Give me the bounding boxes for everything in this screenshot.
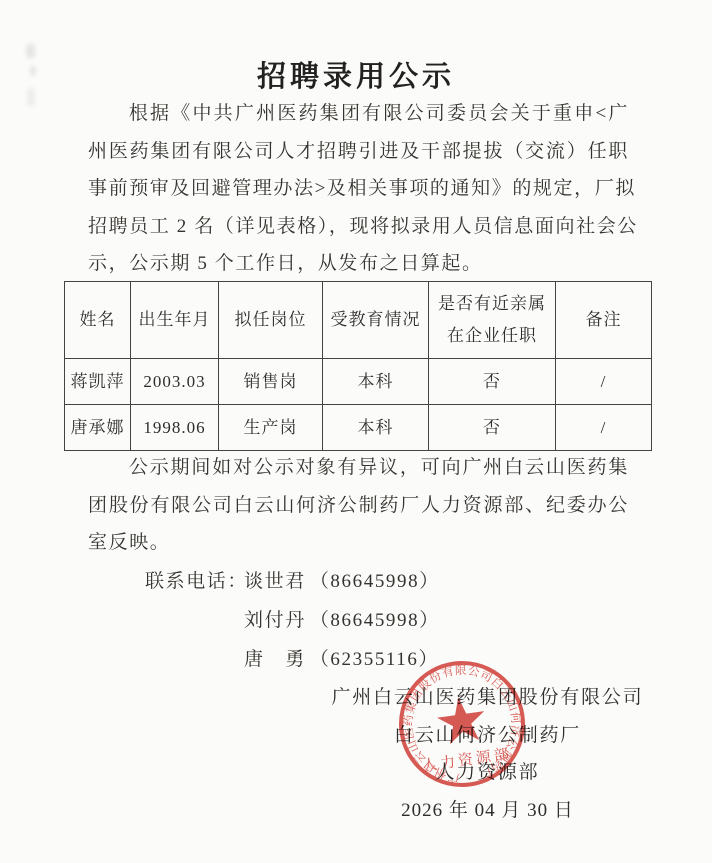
cell-birth: 1998.06	[131, 405, 219, 451]
paragraph-line: 招聘员工 2 名（详见表格），现将拟录用人员信息面向社会公	[88, 208, 629, 246]
paragraph-line: 室反映。	[88, 524, 629, 562]
intro-paragraph: 根据《中共广州医药集团有限公司委员会关于重申<广 州医药集团有限公司人才招聘引进…	[88, 95, 629, 283]
objection-paragraph: 公示期间如对公示对象有异议，可向广州白云山医药集 团股份有限公司白云山何济公制药…	[88, 449, 629, 562]
paragraph-line: 根据《中共广州医药集团有限公司委员会关于重申<广	[88, 95, 629, 133]
paragraph-line: 示，公示期 5 个工作日，从发布之日算起。	[88, 245, 629, 283]
paragraph-line: 州医药集团有限公司人才招聘引进及干部提拔（交流）任职	[88, 133, 629, 171]
paragraph-line: 公示期间如对公示对象有异议，可向广州白云山医药集	[88, 449, 629, 487]
cell-birth: 2003.03	[131, 359, 219, 405]
cell-position: 生产岗	[219, 405, 323, 451]
contact-line: 联系电话：谈世君（86645998）	[145, 562, 440, 601]
contact-label: 联系电话：	[145, 562, 244, 601]
col-header-name: 姓名	[65, 282, 131, 359]
official-seal-stamp: 广州白云山医药集团股份有限公司白云山何济公制药厂 人力资源部	[381, 643, 544, 806]
paragraph-line: 团股份有限公司白云山何济公制药厂人力资源部、纪委办公	[88, 487, 629, 525]
contact-name: 谈世君	[244, 571, 306, 592]
col-header-position: 拟任岗位	[219, 282, 323, 359]
cell-position: 销售岗	[219, 359, 323, 405]
cell-relatives: 否	[429, 359, 556, 405]
table-row: 蒋凯萍 2003.03 销售岗 本科 否 /	[65, 359, 652, 405]
col-header-remarks: 备注	[556, 282, 652, 359]
cell-education: 本科	[323, 359, 429, 405]
table-row: 唐承娜 1998.06 生产岗 本科 否 /	[65, 405, 652, 451]
cell-name: 蒋凯萍	[65, 359, 131, 405]
signature-date: 2026 年 04 月 30 日	[320, 792, 655, 830]
contact-name: 刘付丹	[244, 610, 306, 631]
cell-education: 本科	[323, 405, 429, 451]
contact-phone: （86645998）	[310, 610, 440, 631]
col-header-birth: 出生年月	[131, 282, 219, 359]
page-title: 招聘录用公示	[0, 54, 712, 95]
paragraph-line: 事前预审及回避管理办法>及相关事项的通知》的规定，厂拟	[88, 170, 629, 208]
star-icon	[435, 694, 488, 745]
table-header-row: 姓名 出生年月 拟任岗位 受教育情况 是否有近亲属在企业任职 备注	[65, 282, 652, 359]
col-header-education: 受教育情况	[323, 282, 429, 359]
contact-phone: （86645998）	[310, 571, 440, 592]
contact-line: 刘付丹（86645998）	[145, 601, 440, 640]
document-page: 招聘录用公示 根据《中共广州医药集团有限公司委员会关于重申<广 州医药集团有限公…	[0, 0, 712, 863]
cell-remarks: /	[556, 359, 652, 405]
contact-name: 唐 勇	[244, 649, 306, 670]
cell-relatives: 否	[429, 405, 556, 451]
cell-name: 唐承娜	[65, 405, 131, 451]
col-header-relatives: 是否有近亲属在企业任职	[429, 282, 556, 359]
cell-remarks: /	[556, 405, 652, 451]
candidate-table: 姓名 出生年月 拟任岗位 受教育情况 是否有近亲属在企业任职 备注 蒋凯萍 20…	[64, 281, 652, 451]
